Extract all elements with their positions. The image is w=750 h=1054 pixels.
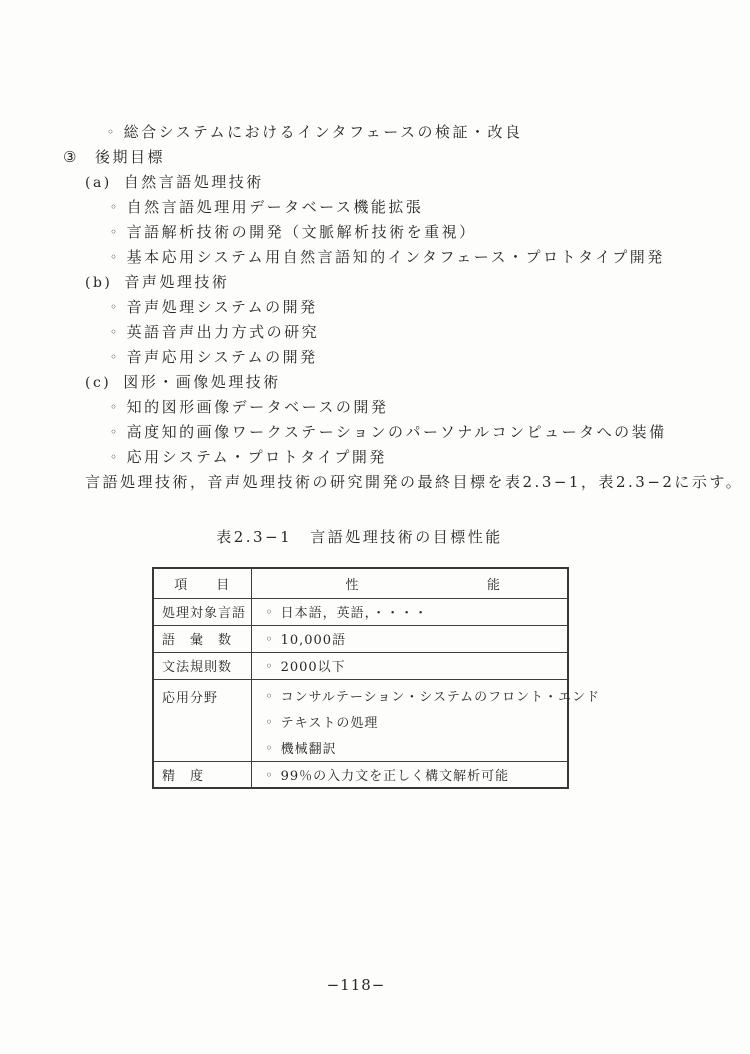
table-row: 語 彙 数 ◦10,000語 [153, 625, 568, 652]
table-row: 精 度 ◦99％の入力文を正しく構文解析可能 [153, 761, 568, 788]
row-value-text: コンサルテーション・システムのフロント・エンド [281, 690, 601, 705]
document-page: ◦総合システムにおけるインタフェースの検証・改良 ③後期目標 (a)自然言語処理… [0, 0, 750, 1054]
row-value-text: 10,000語 [281, 633, 347, 648]
table-caption-label: 表2.3−1 [216, 528, 292, 546]
row-value-cell: ◦2000以下 [251, 652, 568, 679]
list-item-text: 英語音声出力方式の研究 [127, 323, 320, 341]
row-value-text: 2000以下 [281, 660, 346, 675]
table-caption-title: 言語処理技術の目標性能 [310, 528, 503, 546]
bullet-icon: ◦ [107, 120, 117, 145]
list-item-text: 総合システムにおけるインタフェースの検証・改良 [124, 123, 523, 141]
list-item-text: 基本応用システム用自然言語知的インタフェース・プロトタイプ開発 [127, 248, 665, 266]
subsection-heading-a: (a)自然言語処理技術 [0, 170, 750, 195]
table-row: 処理対象言語 ◦日本語，英語，・・・・ [153, 598, 568, 625]
bullet-icon: ◦ [110, 220, 120, 245]
bullet-icon: ◦ [110, 395, 120, 420]
bullet-icon: ◦ [266, 768, 274, 782]
list-item-text: 知的図形画像データベースの開発 [127, 398, 389, 416]
list-item-text: 高度知的画像ワークステーションのパーソナルコンピュータへの装備 [127, 423, 667, 441]
bullet-icon: ◦ [110, 420, 120, 445]
table-caption: 表2.3−1言語処理技術の目標性能 [152, 525, 567, 550]
list-item: ◦応用システム・プロトタイプ開発 [0, 445, 750, 470]
bullet-icon: ◦ [266, 683, 274, 709]
row-value-text: 日本語，英語，・・・・ [281, 606, 429, 621]
list-item-text: 音声処理システムの開発 [127, 298, 318, 316]
row-value-cell: ◦コンサルテーション・システムのフロント・エンド ◦テキストの処理 ◦機械翻訳 [251, 679, 568, 761]
section-title: 後期目標 [95, 148, 165, 166]
list-item: ◦自然言語処理用データベース機能拡張 [0, 195, 750, 220]
list-item: ◦言語解析技術の開発（文脈解析技術を重視） [0, 220, 750, 245]
bullet-icon: ◦ [266, 605, 274, 619]
bullet-icon: ◦ [266, 735, 274, 761]
table-header-performance: 性 能 [251, 568, 568, 598]
subsection-title: 音声処理技術 [124, 273, 229, 291]
list-item: ◦音声応用システムの開発 [0, 345, 750, 370]
row-value-text: 99％の入力文を正しく構文解析可能 [281, 769, 510, 784]
subsection-heading-c: (c)図形・画像処理技術 [0, 370, 750, 395]
table-header-item: 項 目 [153, 568, 251, 598]
table-header-performance-right: 能 [487, 574, 501, 593]
bullet-icon: ◦ [110, 445, 120, 470]
table-header-row: 項 目 性 能 [153, 568, 568, 598]
row-label-cell: 処理対象言語 [153, 598, 251, 625]
page-number: −118− [0, 976, 712, 994]
list-item: ◦英語音声出力方式の研究 [0, 320, 750, 345]
list-item: ◦音声処理システムの開発 [0, 295, 750, 320]
bullet-icon: ◦ [110, 195, 120, 220]
subsection-heading-b: (b)音声処理技術 [0, 270, 750, 295]
closing-paragraph-text: 言語処理技術，音声処理技術の研究開発の最終目標を表2.3−1，表2.3−2に示す… [85, 473, 743, 491]
row-label-cell: 語 彙 数 [153, 625, 251, 652]
table-row: 応用分野 ◦コンサルテーション・システムのフロント・エンド ◦テキストの処理 ◦… [153, 679, 568, 761]
performance-table: 項 目 性 能 処理対象言語 ◦日本語，英語，・・・・ 語 彙 数 ◦10,00… [152, 567, 569, 789]
row-value-line: ◦コンサルテーション・システムのフロント・エンド [266, 683, 568, 709]
row-label-cell: 文法規則数 [153, 652, 251, 679]
row-label-cell: 応用分野 [153, 679, 251, 761]
bullet-icon: ◦ [266, 659, 274, 673]
row-value-text: 機械翻訳 [281, 742, 337, 757]
table-row: 文法規則数 ◦2000以下 [153, 652, 568, 679]
section-marker: ③ [63, 148, 79, 166]
table-header-performance-left: 性 [346, 574, 360, 593]
row-value-line: ◦テキストの処理 [266, 709, 568, 735]
subsection-marker: (a) [85, 175, 112, 191]
bullet-icon: ◦ [110, 245, 120, 270]
closing-paragraph: 言語処理技術，音声処理技術の研究開発の最終目標を表2.3−1，表2.3−2に示す… [0, 470, 750, 495]
subsection-title: 自然言語処理技術 [124, 173, 264, 191]
bullet-icon: ◦ [110, 345, 120, 370]
subsection-marker: (c) [85, 375, 111, 391]
bullet-icon: ◦ [110, 295, 120, 320]
list-item: ◦総合システムにおけるインタフェースの検証・改良 [0, 120, 750, 145]
list-item-text: 言語解析技術の開発（文脈解析技術を重視） [127, 223, 477, 241]
list-item-text: 音声応用システムの開発 [127, 348, 318, 366]
list-item: ◦高度知的画像ワークステーションのパーソナルコンピュータへの装備 [0, 420, 750, 445]
section-heading: ③後期目標 [0, 145, 750, 170]
row-value-cell: ◦10,000語 [251, 625, 568, 652]
subsection-title: 図形・画像処理技術 [123, 373, 281, 391]
bullet-icon: ◦ [266, 632, 274, 646]
row-value-cell: ◦日本語，英語，・・・・ [251, 598, 568, 625]
row-value-line: ◦機械翻訳 [266, 735, 568, 761]
bullet-icon: ◦ [266, 709, 274, 735]
list-item-text: 自然言語処理用データベース機能拡張 [127, 198, 424, 216]
row-value-cell: ◦99％の入力文を正しく構文解析可能 [251, 761, 568, 788]
list-item-text: 応用システム・プロトタイプ開発 [127, 448, 387, 466]
row-value-text: テキストの処理 [281, 716, 379, 731]
list-item: ◦基本応用システム用自然言語知的インタフェース・プロトタイプ開発 [0, 245, 750, 270]
document-body: ◦総合システムにおけるインタフェースの検証・改良 ③後期目標 (a)自然言語処理… [0, 0, 750, 789]
list-item: ◦知的図形画像データベースの開発 [0, 395, 750, 420]
subsection-marker: (b) [85, 275, 112, 291]
bullet-icon: ◦ [110, 320, 120, 345]
row-label-cell: 精 度 [153, 761, 251, 788]
